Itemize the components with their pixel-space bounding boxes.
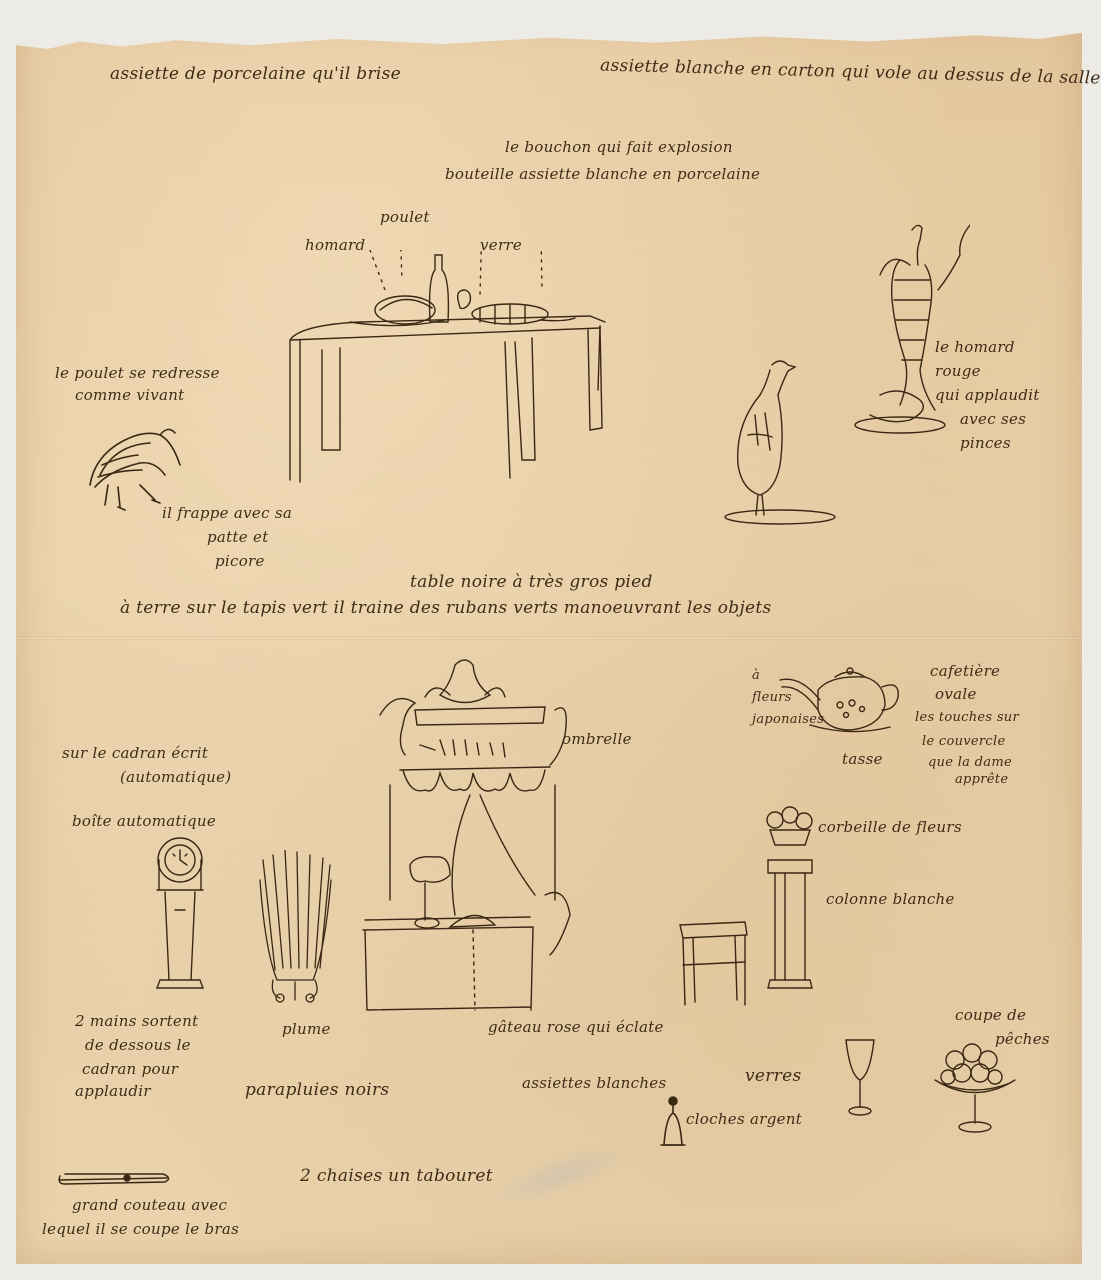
canopy-bed-with-cake-sketch	[355, 655, 575, 1015]
note-cadran-2: (automatique)	[120, 768, 231, 787]
paper-fold-crease	[16, 636, 1082, 640]
note-frappe-2: patte et	[207, 528, 269, 547]
note-cadran-1: sur le cadran écrit	[62, 744, 208, 763]
wine-glass-sketch	[840, 1035, 880, 1120]
peach-bowl-sketch	[930, 1035, 1020, 1135]
note-verres: verres	[745, 1066, 802, 1087]
note-couteau-1: grand couteau avec	[72, 1196, 227, 1215]
note-plume: plume	[282, 1020, 331, 1039]
note-couteau-2: lequel il se coupe le bras	[42, 1220, 239, 1239]
note-gateau: gâteau rose qui éclate	[488, 1018, 664, 1037]
note-mains-1: 2 mains sortent	[75, 1012, 198, 1031]
note-cafetiere-2: ovale	[935, 685, 977, 704]
note-homard-rouge-4: avec ses	[960, 410, 1026, 429]
note-chaises: 2 chaises un tabouret	[300, 1166, 493, 1187]
note-table-noire: table noire à très gros pied	[410, 572, 653, 593]
standing-chicken-sketch	[710, 355, 840, 530]
applauding-lobster-sketch	[850, 220, 970, 440]
column-with-flowers-sketch	[760, 805, 820, 995]
note-coupe-1: coupe de	[955, 1006, 1026, 1025]
note-cloches: cloches argent	[686, 1110, 802, 1129]
silver-bell-sketch	[658, 1095, 688, 1150]
note-frappe-1: il frappe avec sa	[162, 504, 292, 523]
note-mains-4: applaudir	[75, 1082, 151, 1101]
note-tasse: tasse	[842, 750, 883, 769]
note-cafetiere-4: le couvercle	[922, 734, 1005, 750]
note-top-left: assiette de porcelaine qu'il brise	[110, 64, 401, 85]
note-teapot-a: à	[752, 668, 760, 684]
note-homard-rouge-2: rouge	[935, 362, 981, 381]
note-cafetiere-1: cafetière	[930, 662, 1000, 681]
note-ombrelle: ombrelle	[562, 730, 632, 749]
table-sketch	[260, 250, 620, 550]
note-poulet-redresse-1: le poulet se redresse	[55, 364, 220, 383]
note-poulet-redresse-2: comme vivant	[75, 386, 185, 405]
note-corbeille: corbeille de fleurs	[818, 818, 962, 837]
note-boite: boîte automatique	[72, 812, 216, 831]
automatic-clock-box-sketch	[145, 830, 215, 1010]
note-cafetiere-5: que la dame	[928, 755, 1012, 771]
note-mains-3: cadran pour	[82, 1060, 178, 1079]
note-bouchon: le bouchon qui fait explosion	[505, 138, 733, 157]
large-knife-sketch	[55, 1170, 175, 1190]
note-cafetiere-6: apprête	[955, 772, 1008, 788]
small-table-sketch	[675, 910, 755, 1010]
note-homard-rouge-1: le homard	[935, 338, 1015, 357]
teapot-sketch	[770, 665, 905, 735]
note-parapluies: parapluies noirs	[245, 1080, 389, 1101]
note-assiettes-blanches: assiettes blanches	[522, 1074, 666, 1093]
note-frappe-3: picore	[215, 552, 265, 571]
feather-vase-sketch	[255, 850, 335, 1010]
note-poulet: poulet	[380, 208, 430, 227]
note-bouteille-assiette: bouteille assiette blanche en porcelaine	[445, 165, 760, 184]
note-colonne: colonne blanche	[826, 890, 955, 909]
note-homard-rouge-3: qui applaudit	[935, 386, 1040, 405]
note-mains-2: de dessous le	[85, 1036, 191, 1055]
note-homard-rouge-5: pinces	[960, 434, 1011, 453]
note-tapis-vert: à terre sur le tapis vert il traine des …	[120, 598, 772, 619]
note-cafetiere-3: les touches sur	[915, 710, 1019, 726]
